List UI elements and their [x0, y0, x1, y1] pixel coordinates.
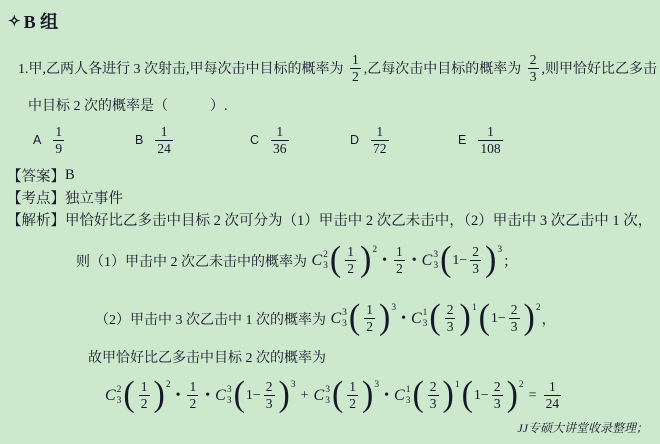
question-line-1: 1.甲,乙两人各进行 3 次射击,甲每次击中目标的概率为 12,乙每次击中目标的… — [0, 46, 660, 90]
option-c-label: C — [250, 133, 259, 147]
math-text: 1− — [491, 311, 506, 327]
option-b-fraction: 1 24 — [153, 124, 175, 156]
option-c: C 1 36 — [250, 124, 350, 156]
combination-base: C — [331, 310, 342, 328]
parenthesized-group: (12)3 — [349, 302, 396, 334]
option-d-fraction: 1 72 — [369, 124, 391, 156]
option-e-label: E — [458, 133, 466, 147]
math-fraction: 12 — [343, 244, 358, 276]
option-e: E 1 108 — [458, 124, 506, 156]
fraction-denominator: 3 — [428, 395, 439, 412]
option-e-fraction: 1 108 — [476, 124, 504, 156]
parenthesized-group: (1−23)2 — [479, 302, 541, 334]
math-fraction: 23 — [490, 379, 505, 411]
combination-base: C — [312, 252, 323, 270]
option-b-label: B — [135, 133, 143, 147]
case2-formula-line: （2）甲击中 3 次乙击中 1 次的概率为 C33(12)3•C13(23)1(… — [0, 291, 660, 346]
fraction-denominator: 3 — [509, 318, 520, 335]
close-paren-icon: ) — [154, 379, 165, 411]
section-header: ✧ B 组 — [0, 0, 660, 34]
fraction-numerator: 1 — [371, 124, 389, 140]
combination-symbol: C13 — [394, 385, 410, 407]
fraction-denominator: 72 — [371, 140, 389, 157]
combination-subscript: 3 — [323, 261, 328, 272]
fraction-denominator: 3 — [470, 260, 481, 277]
open-paren-icon: ( — [479, 302, 490, 334]
fraction-numerator: 1 — [345, 244, 356, 260]
group-exponent: 1 — [472, 303, 477, 313]
math-text: 1.甲,乙两人各进行 3 次射击,甲每次击中目标的概率为 — [18, 58, 347, 78]
fraction-denominator: 24 — [155, 140, 173, 157]
combination-superscript: 3 — [227, 385, 232, 396]
question-line-2: 中目标 2 次的概率是（ ）. — [0, 94, 660, 116]
open-paren-icon: ( — [429, 302, 440, 334]
fraction-numerator: 2 — [264, 379, 275, 395]
combination-superscript: 1 — [406, 385, 411, 396]
fraction-denominator: 9 — [53, 140, 64, 157]
math-fraction: 12 — [137, 379, 152, 411]
math-fraction: 23 — [443, 302, 458, 334]
math-fraction: 23 — [526, 52, 541, 84]
math-operator: • — [176, 388, 181, 404]
math-fraction: 12 — [345, 379, 360, 411]
combination-symbol: C33 — [331, 308, 347, 330]
paren-content: 12 — [360, 302, 379, 334]
close-paren-icon: ) — [379, 302, 390, 334]
combination-scripts: 13 — [423, 308, 428, 330]
final-formula-line: C23(12)2•12•C33(1−23)3+C33(12)3•C13(23)1… — [0, 368, 660, 423]
combination-subscript: 3 — [227, 396, 232, 407]
fraction-denominator: 2 — [345, 260, 356, 277]
fraction-numerator: 1 — [53, 124, 64, 140]
math-text: 1− — [246, 388, 261, 404]
combination-scripts: 33 — [325, 385, 330, 407]
math-text: 1− — [452, 253, 467, 269]
combination-symbol: C33 — [215, 385, 231, 407]
math-text: ,则甲恰好比乙多击 — [542, 58, 658, 78]
parenthesized-group: (1−23)3 — [234, 379, 296, 411]
math-operator: = — [529, 388, 537, 404]
combination-subscript: 3 — [433, 261, 438, 272]
option-a: A 1 9 — [33, 124, 135, 156]
combination-symbol: C33 — [314, 385, 330, 407]
concept-prefix: 【考点】 — [7, 187, 65, 208]
combination-superscript: 3 — [342, 308, 347, 319]
math-text: 1− — [474, 388, 489, 404]
math-operator: • — [412, 253, 417, 269]
parenthesized-group: (23)1 — [412, 379, 459, 411]
math-fraction: 12 — [362, 302, 377, 334]
open-paren-icon: ( — [412, 379, 423, 411]
combination-base: C — [411, 310, 422, 328]
combination-base: C — [105, 387, 116, 405]
paren-content: 23 — [441, 302, 460, 334]
math-text: ,乙每次击中目标的概率为 — [364, 58, 525, 78]
parenthesized-group: (12)2 — [330, 244, 377, 276]
case1-formula-line: 则（1）甲击中 2 次乙未击中的概率为 C23(12)2•12•C33(1−23… — [0, 233, 660, 288]
footer-credit: JJ专硕大讲堂收录整理； — [517, 419, 648, 436]
combination-base: C — [215, 387, 226, 405]
math-fraction: 124 — [542, 379, 564, 411]
fraction-numerator: 2 — [509, 302, 520, 318]
paren-content: 12 — [341, 244, 360, 276]
fraction-denominator: 2 — [187, 395, 198, 412]
conclusion-line: 故甲恰好比乙多击中目标 2 次的概率为 — [0, 346, 660, 367]
fraction-numerator: 1 — [155, 124, 173, 140]
close-paren-icon: ) — [524, 302, 535, 334]
combination-scripts: 23 — [323, 250, 328, 272]
answer-line: 【答案】 B — [0, 164, 660, 186]
fraction-numerator: 1 — [394, 244, 405, 260]
combination-subscript: 3 — [342, 319, 347, 330]
fraction-denominator: 3 — [492, 395, 503, 412]
open-paren-icon: ( — [234, 379, 245, 411]
math-text: 则（1）甲击中 2 次乙未击中的概率为 — [76, 251, 311, 271]
math-fraction: 23 — [507, 302, 522, 334]
combination-superscript: 1 — [423, 308, 428, 319]
concept-value: 独立事件 — [65, 187, 123, 208]
fraction-denominator: 24 — [544, 395, 562, 412]
paren-content: 1−23 — [490, 302, 524, 334]
math-fraction: 23 — [262, 379, 277, 411]
paren-content: 1−23 — [473, 379, 507, 411]
fraction-denominator: 2 — [364, 318, 375, 335]
option-d: D 1 72 — [350, 124, 458, 156]
parenthesized-group: (23)1 — [429, 302, 476, 334]
option-a-label: A — [33, 133, 41, 147]
section-title: B 组 — [24, 8, 59, 34]
group-exponent: 3 — [391, 303, 396, 313]
combination-scripts: 33 — [342, 308, 347, 330]
math-operator: + — [301, 388, 309, 404]
combination-symbol: C23 — [105, 385, 121, 407]
math-fraction: 12 — [185, 379, 200, 411]
fraction-numerator: 1 — [544, 379, 562, 395]
option-a-fraction: 1 9 — [51, 124, 66, 156]
combination-base: C — [422, 252, 433, 270]
fraction-denominator: 108 — [478, 140, 502, 157]
fraction-denominator: 3 — [528, 68, 539, 85]
paren-content: 1−23 — [451, 244, 485, 276]
option-b: B 1 24 — [135, 124, 250, 156]
group-exponent: 2 — [166, 380, 171, 390]
paren-content: 12 — [343, 379, 362, 411]
fraction-numerator: 1 — [364, 302, 375, 318]
answer-value: B — [65, 167, 75, 184]
group-exponent: 2 — [519, 380, 524, 390]
combination-scripts: 13 — [406, 385, 411, 407]
options-row: A 1 9 B 1 24 C 1 36 D 1 72 E 1 108 — [0, 121, 660, 159]
fraction-numerator: 1 — [350, 52, 361, 68]
fraction-numerator: 2 — [492, 379, 503, 395]
diamond-icon: ✧ — [8, 12, 21, 31]
math-operator: • — [384, 388, 389, 404]
parenthesized-group: (12)3 — [332, 379, 379, 411]
fraction-numerator: 2 — [445, 302, 456, 318]
combination-superscript: 2 — [117, 385, 122, 396]
fraction-numerator: 1 — [347, 379, 358, 395]
combination-subscript: 3 — [423, 319, 428, 330]
close-paren-icon: ) — [360, 244, 371, 276]
open-paren-icon: ( — [440, 244, 451, 276]
fraction-denominator: 3 — [445, 318, 456, 335]
parenthesized-group: (1−23)2 — [462, 379, 524, 411]
answer-prefix: 【答案】 — [7, 165, 65, 186]
close-paren-icon: ) — [485, 244, 496, 276]
fraction-denominator: 2 — [139, 395, 150, 412]
parenthesized-group: (12)2 — [123, 379, 170, 411]
combination-superscript: 3 — [433, 250, 438, 261]
combination-symbol: C23 — [312, 250, 328, 272]
paren-content: 1−23 — [245, 379, 279, 411]
fraction-denominator: 36 — [271, 140, 289, 157]
fraction-numerator: 1 — [478, 124, 502, 140]
fraction-denominator: 2 — [350, 68, 361, 85]
fraction-numerator: 2 — [428, 379, 439, 395]
open-paren-icon: ( — [349, 302, 360, 334]
fraction-numerator: 2 — [528, 52, 539, 68]
fraction-numerator: 1 — [187, 379, 198, 395]
math-operator: • — [205, 388, 210, 404]
math-text: ， — [542, 309, 556, 329]
math-fraction: 12 — [348, 52, 363, 84]
open-paren-icon: ( — [462, 379, 473, 411]
combination-scripts: 33 — [433, 250, 438, 272]
open-paren-icon: ( — [330, 244, 341, 276]
option-d-label: D — [350, 133, 359, 147]
combination-symbol: C13 — [411, 308, 427, 330]
option-c-fraction: 1 36 — [269, 124, 291, 156]
group-exponent: 2 — [372, 245, 377, 255]
paren-content: 12 — [135, 379, 154, 411]
group-exponent: 3 — [374, 380, 379, 390]
combination-superscript: 3 — [325, 385, 330, 396]
math-fraction: 23 — [468, 244, 483, 276]
close-paren-icon: ) — [362, 379, 373, 411]
fraction-denominator: 2 — [394, 260, 405, 277]
combination-superscript: 2 — [323, 250, 328, 261]
math-operator: • — [401, 311, 406, 327]
parenthesized-group: (1−23)3 — [440, 244, 502, 276]
paren-content: 23 — [424, 379, 443, 411]
combination-scripts: 23 — [117, 385, 122, 407]
fraction-numerator: 1 — [271, 124, 289, 140]
math-fraction: 12 — [392, 244, 407, 276]
math-text: ； — [503, 251, 517, 271]
fraction-denominator: 3 — [264, 395, 275, 412]
close-paren-icon: ) — [459, 302, 470, 334]
combination-scripts: 33 — [227, 385, 232, 407]
math-operator: • — [382, 253, 387, 269]
fraction-numerator: 2 — [470, 244, 481, 260]
math-text: （2）甲击中 3 次乙击中 1 次的概率为 — [95, 309, 330, 329]
concept-line: 【考点】 独立事件 — [0, 186, 660, 208]
combination-base: C — [314, 387, 325, 405]
combination-subscript: 3 — [325, 396, 330, 407]
combination-subscript: 3 — [406, 396, 411, 407]
combination-symbol: C33 — [422, 250, 438, 272]
group-exponent: 3 — [497, 245, 502, 255]
group-exponent: 3 — [291, 380, 296, 390]
fraction-denominator: 2 — [347, 395, 358, 412]
open-paren-icon: ( — [332, 379, 343, 411]
math-fraction: 23 — [426, 379, 441, 411]
combination-base: C — [394, 387, 405, 405]
fraction-numerator: 1 — [139, 379, 150, 395]
combination-subscript: 3 — [117, 396, 122, 407]
group-exponent: 1 — [455, 380, 460, 390]
open-paren-icon: ( — [123, 379, 134, 411]
close-paren-icon: ) — [443, 379, 454, 411]
analysis-intro-line: 【解析】甲恰好比乙多击中目标 2 次可分为（1）甲击中 2 次乙未击中，（2）甲… — [0, 208, 660, 230]
close-paren-icon: ) — [279, 379, 290, 411]
close-paren-icon: ) — [507, 379, 518, 411]
group-exponent: 2 — [536, 303, 541, 313]
